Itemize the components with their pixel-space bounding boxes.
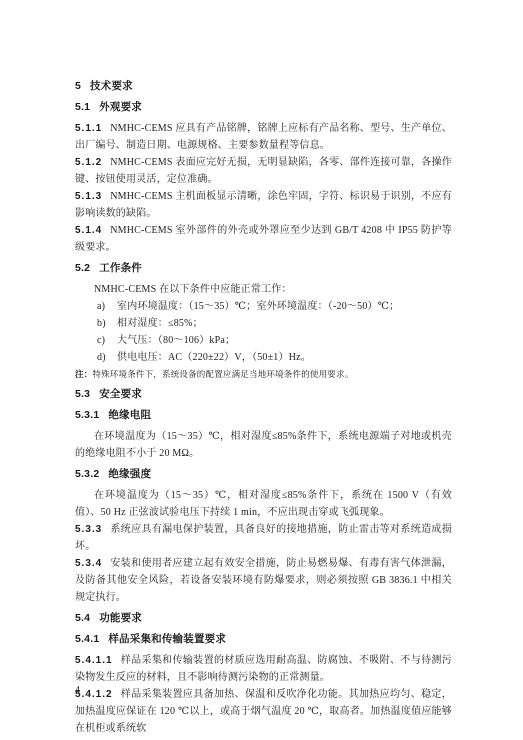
page-number: 4 [75,684,80,698]
list-marker: b) [97,315,106,332]
clause-text: NMHC-CEMS 主机面板显示清晰，涂色牢固，字符、标识易于识别，不应有影响读… [75,191,452,219]
condition-text: 供电电压：AC（220±22）V，（50±1）Hz。 [117,352,311,363]
note-line: 注：特殊环境条件下，系统设备的配置应满足当地环境条件的使用要求。 [75,366,452,382]
clause-5-1-1: 5.1.1NMHC-CEMS 应具有产品铭牌，铭牌上应标有产品名称、型号、生产单… [75,120,452,154]
clause-number: 5.1.4 [75,225,102,236]
clause-5-1-4: 5.1.4NMHC-CEMS 室外部件的外壳或外罩应至少达到 GB/T 4208… [75,222,452,256]
clause-text: 样品采集和传输装置的材质应选用耐高温、防腐蚀、不吸附、不与待测污染物发生反应的材… [75,655,452,683]
clause-5-1-2: 5.1.2NMHC-CEMS 表面应完好无损，无明显缺陷，各零、部件连接可靠，各… [75,154,452,188]
section-number: 5 [75,80,81,92]
section-number: 5.4.1 [75,633,99,645]
section-heading-5-3: 5.3安全要求 [75,386,452,403]
condition-text: 室内环境温度：（15～35）℃；室外环境温度：（-20～50）℃； [117,301,399,312]
clause-number: 5.4.1.1 [75,655,113,666]
clause-text: NMHC-CEMS 室外部件的外壳或外罩应至少达到 GB/T 4208 中 IP… [75,225,452,253]
list-marker: c) [97,332,105,349]
section-title: 功能要求 [99,612,142,624]
condition-text: 相对湿度：≤85%； [117,318,203,329]
section-number: 5.4 [75,612,90,624]
clause-5-4-1-1: 5.4.1.1样品采集和传输装置的材质应选用耐高温、防腐蚀、不吸附、不与待测污染… [75,652,452,686]
clause-5-3-4: 5.3.4安装和使用者应建立起有效安全措施，防止易燃易爆、有毒有害气体泄漏，及防… [75,555,452,606]
note-label: 注： [75,369,92,379]
condition-text: 大气压：（80～106）kPa； [117,335,235,346]
clause-number: 5.1.2 [75,157,102,168]
list-marker: d) [97,349,106,366]
page-content: 5技术要求 5.1外观要求 5.1.1NMHC-CEMS 应具有产品铭牌，铭牌上… [75,74,452,737]
work-conditions-list: a)室内环境温度：（15～35）℃；室外环境温度：（-20～50）℃； b)相对… [75,298,452,366]
section-title: 绝缘强度 [108,468,151,480]
condition-item-c: c)大气压：（80～106）kPa； [75,332,452,349]
clause-text: 系统应具有漏电保护装置，具备良好的接地措施，防止雷击等对系统造成损坏。 [75,524,452,552]
section-title: 样品采集和传输装置要求 [108,633,226,645]
section-title: 外观要求 [99,101,142,113]
section-heading-5-3-2: 5.3.2绝缘强度 [75,466,452,483]
clause-text: NMHC-CEMS 表面应完好无损，无明显缺陷，各零、部件连接可靠，各操作键、按… [75,157,452,185]
document-page: 5技术要求 5.1外观要求 5.1.1NMHC-CEMS 应具有产品铭牌，铭牌上… [0,0,523,740]
section-title: 工作条件 [99,262,142,274]
section-number: 5.1 [75,101,90,113]
work-conditions-intro: NMHC-CEMS 在以下条件中应能正常工作： [75,281,452,298]
section-heading-5: 5技术要求 [75,78,452,95]
section-number: 5.3.2 [75,468,99,480]
section-title: 绝缘电阻 [108,409,151,421]
section-title: 技术要求 [90,80,133,92]
paragraph-5-3-2: 在环境温度为（15～35）℃，相对湿度≤85%条件下，系统在 1500 V（有效… [75,487,452,521]
condition-item-a: a)室内环境温度：（15～35）℃；室外环境温度：（-20～50）℃； [75,298,452,315]
list-marker: a) [97,298,105,315]
clause-text: 安装和使用者应建立起有效安全措施，防止易燃易爆、有毒有害气体泄漏，及防备其他安全… [75,558,452,603]
section-heading-5-4: 5.4功能要求 [75,610,452,627]
note-text: 特殊环境条件下，系统设备的配置应满足当地环境条件的使用要求。 [92,369,353,379]
clause-text: NMHC-CEMS 应具有产品铭牌，铭牌上应标有产品名称、型号、生产单位、出厂编… [75,123,452,151]
clause-5-1-3: 5.1.3NMHC-CEMS 主机面板显示清晰，涂色牢固，字符、标识易于识别，不… [75,188,452,222]
paragraph-5-3-1: 在环境温度为（15～35）℃，相对湿度≤85%条件下，系统电源端子对地或机壳的绝… [75,428,452,462]
clause-number: 5.1.1 [75,123,102,134]
section-number: 5.2 [75,262,90,274]
clause-5-4-1-2: 5.4.1.2样品采集装置应具备加热、保温和反吹净化功能。其加热应均匀、稳定，加… [75,686,452,737]
clause-number: 5.3.3 [75,524,102,535]
clause-5-3-3: 5.3.3系统应具有漏电保护装置，具备良好的接地措施，防止雷击等对系统造成损坏。 [75,521,452,555]
condition-item-d: d)供电电压：AC（220±22）V，（50±1）Hz。 [75,349,452,366]
clause-text: 样品采集装置应具备加热、保温和反吹净化功能。其加热应均匀、稳定，加热温度应保证在… [75,689,452,734]
section-title: 安全要求 [99,388,142,400]
clause-number: 5.1.3 [75,191,102,202]
section-heading-5-1: 5.1外观要求 [75,99,452,116]
section-heading-5-3-1: 5.3.1绝缘电阻 [75,407,452,424]
section-heading-5-4-1: 5.4.1样品采集和传输装置要求 [75,631,452,648]
condition-item-b: b)相对湿度：≤85%； [75,315,452,332]
clause-number: 5.3.4 [75,558,102,569]
section-number: 5.3.1 [75,409,99,421]
section-heading-5-2: 5.2工作条件 [75,260,452,277]
clause-number: 5.4.1.2 [75,689,113,700]
section-number: 5.3 [75,388,90,400]
